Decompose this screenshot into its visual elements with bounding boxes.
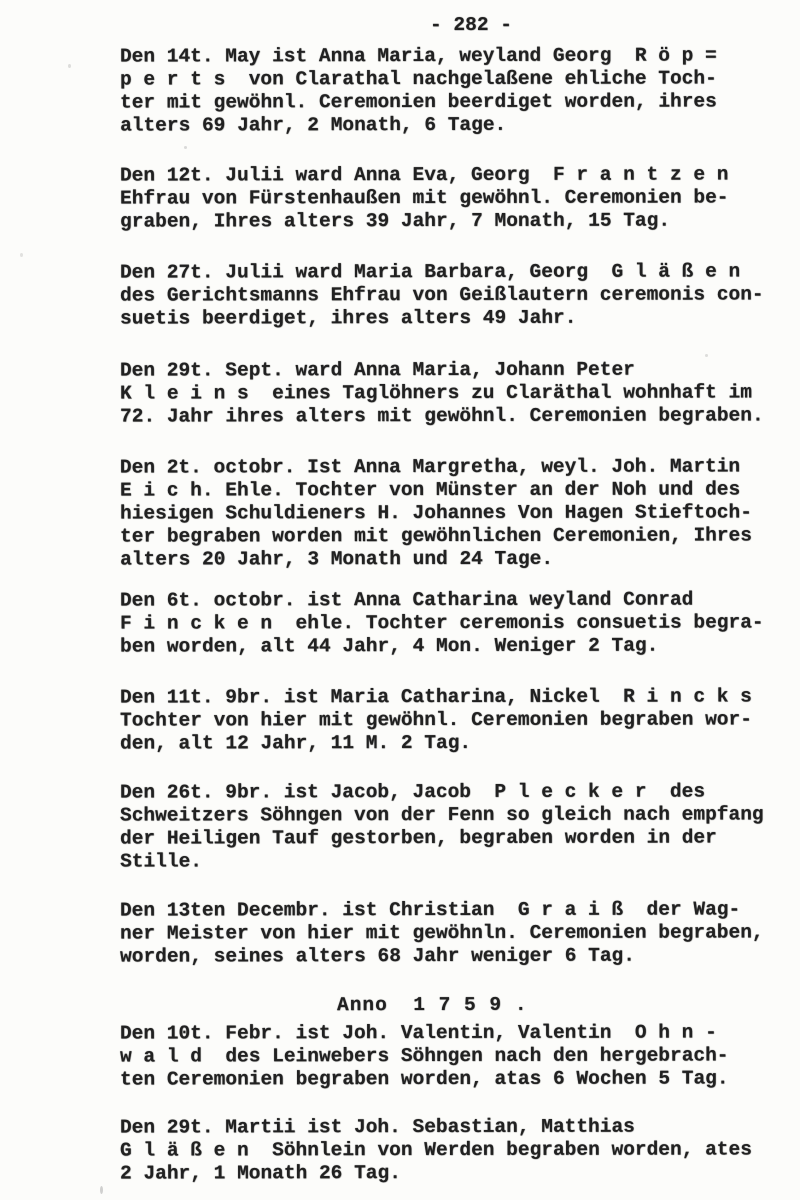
burial-entry: Den 6t. octobr. ist Anna Catharina weyla… — [120, 588, 764, 658]
scan-speck — [68, 64, 71, 68]
burial-entry: Den 10t. Febr. ist Joh. Valentin, Valent… — [120, 1021, 729, 1091]
burial-entry: Den 11t. 9br. ist Maria Catharina, Nicke… — [120, 685, 752, 755]
scan-speck — [705, 354, 708, 357]
burial-entry: Den 26t. 9br. ist Jacob, Jacob P l e c k… — [120, 780, 764, 873]
burial-entry: Den 13ten Decembr. ist Christian G r a i… — [120, 898, 764, 968]
burial-entry: Den 12t. Julii ward Anna Eva, Georg F r … — [120, 163, 729, 233]
burial-entry: Den 2t. octobr. Ist Anna Margretha, weyl… — [120, 455, 752, 571]
scanned-register-page: - 282 - Den 14t. May ist Anna Maria, wey… — [0, 0, 800, 1200]
burial-entry: Den 14t. May ist Anna Maria, weyland Geo… — [120, 44, 717, 137]
year-heading-1759: Anno 1 7 5 9 . — [337, 994, 528, 1017]
burial-entry: Den 29t. Martii ist Joh. Sebastian, Matt… — [120, 1115, 752, 1185]
burial-entry: Den 27t. Julii ward Maria Barbara, Georg… — [120, 260, 764, 330]
scan-speck — [100, 1186, 103, 1194]
scan-speck — [184, 146, 187, 149]
scan-speck — [20, 253, 23, 257]
page-number: - 282 - — [430, 14, 512, 37]
burial-entry: Den 29t. Sept. ward Anna Maria, Johann P… — [120, 358, 764, 428]
